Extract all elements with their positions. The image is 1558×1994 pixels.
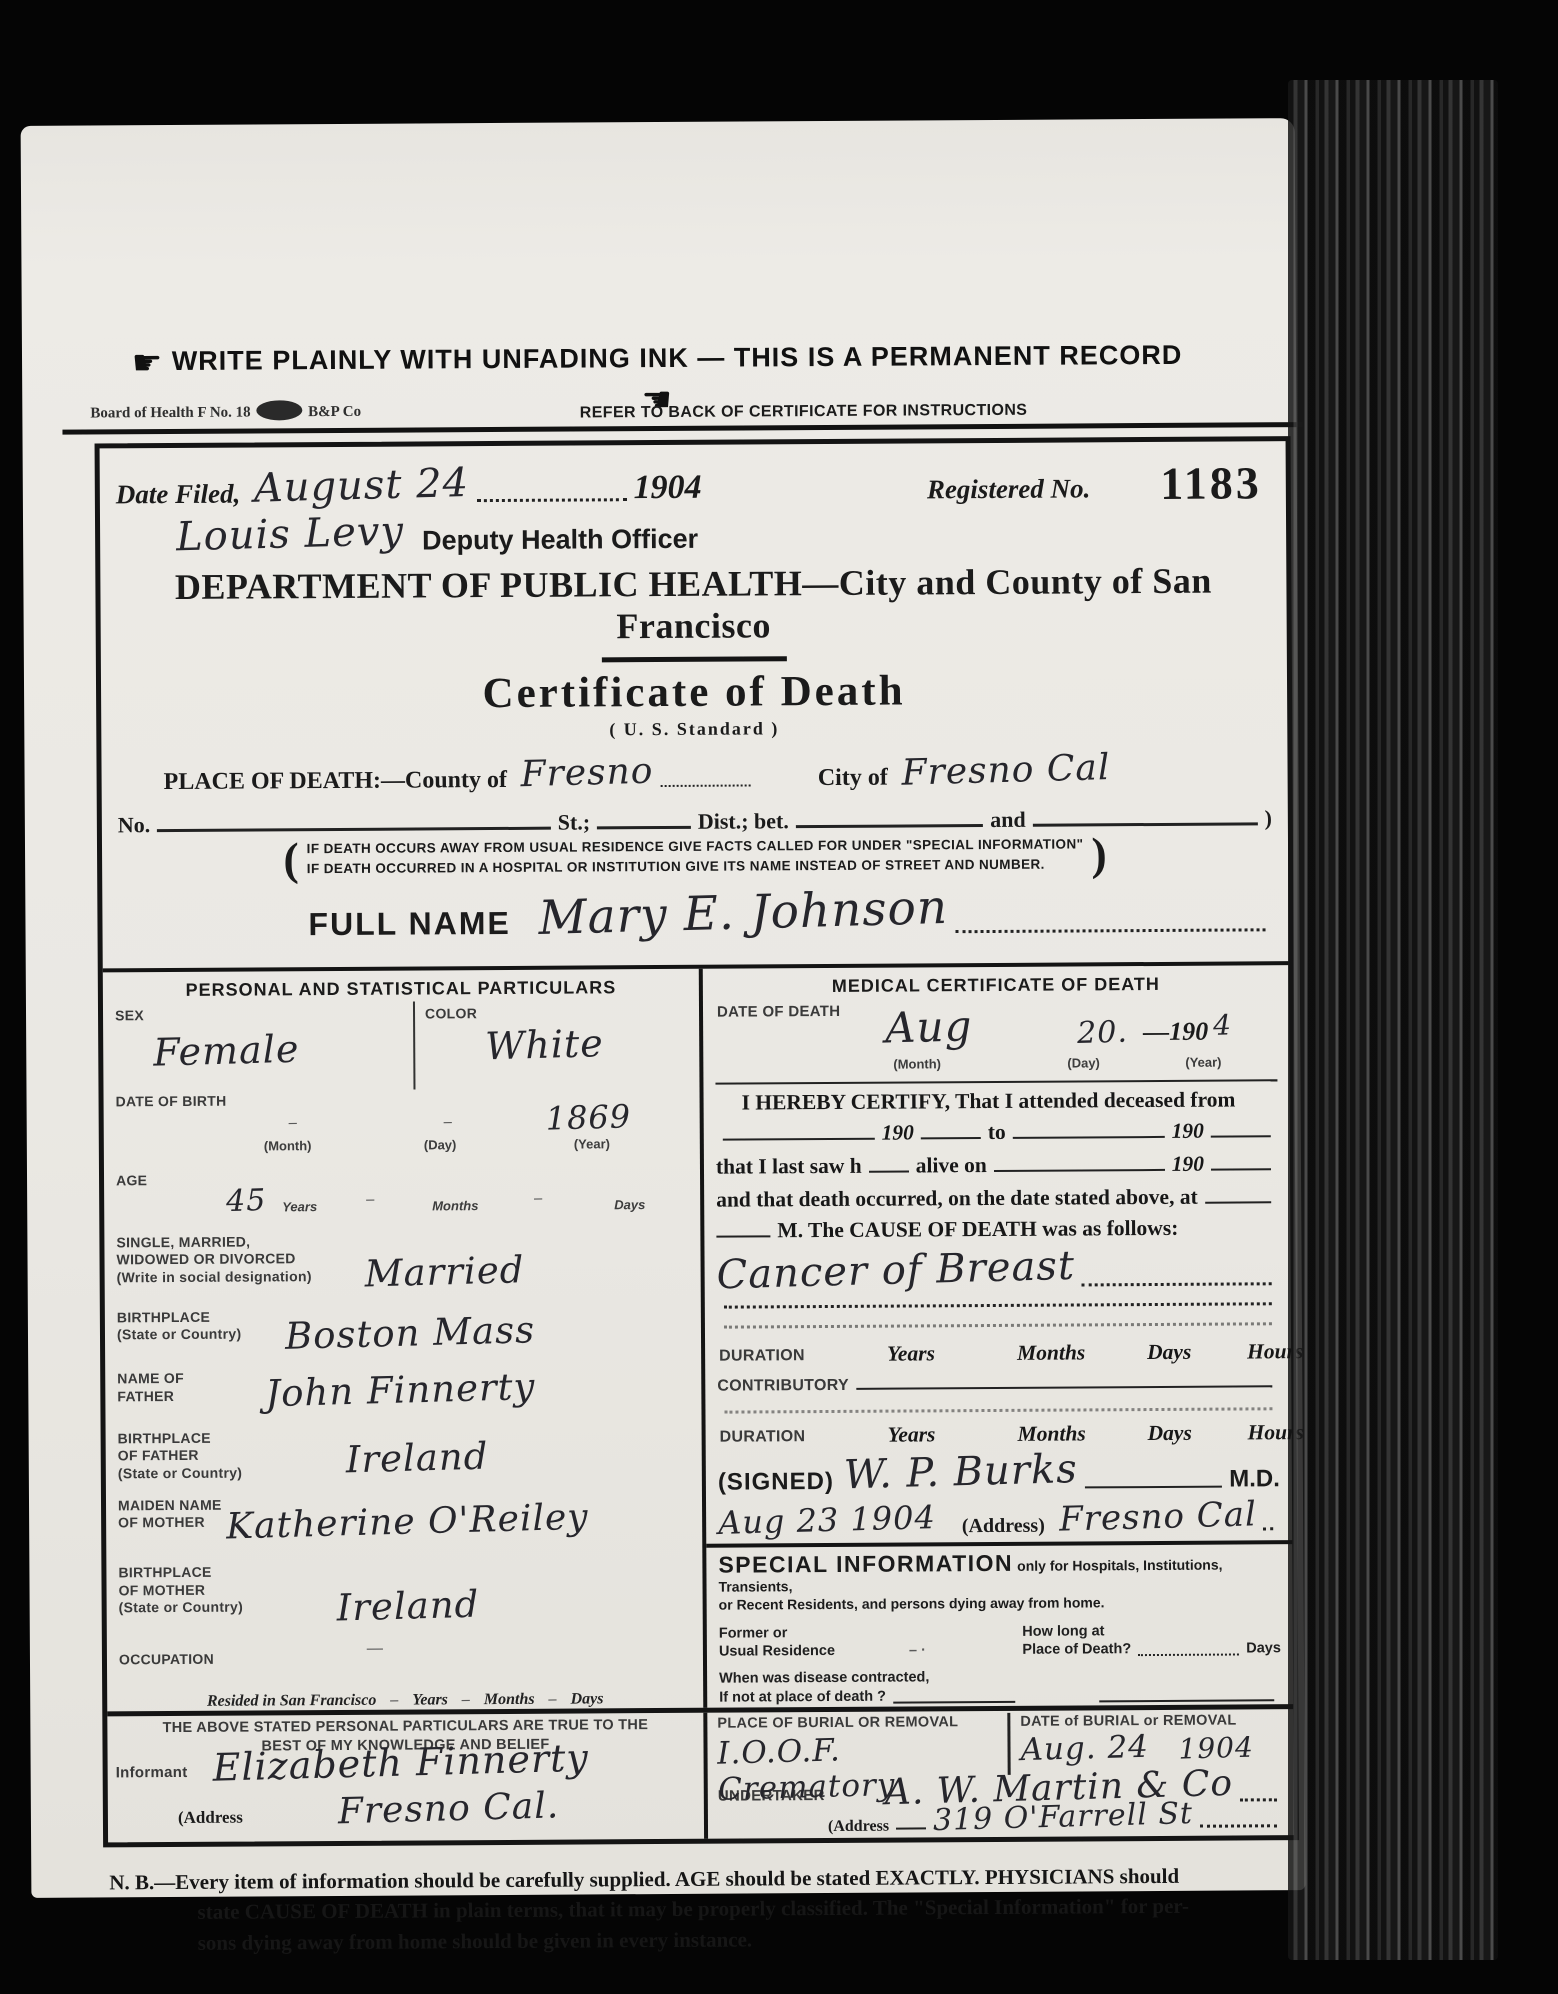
marital-row: SINGLE, MARRIED, WIDOWED OR DIVORCED (Wr… (114, 1227, 690, 1305)
full-name-value: Mary E. Johnson (538, 879, 949, 945)
marital-label2: WIDOWED OR DIVORCED (116, 1250, 295, 1267)
certificate-form: Date Filed, August 24 1904 Registered No… (95, 436, 1300, 1847)
undertaker-address-label: (Address (828, 1818, 889, 1836)
certify-fill3 (1013, 1136, 1165, 1139)
city-label: City of (818, 765, 888, 792)
resided-label: Resided in San Francisco (207, 1692, 376, 1711)
undertaker-fill (1240, 1798, 1277, 1801)
mother-label2: OF MOTHER (118, 1514, 205, 1531)
father-label2: FATHER (117, 1388, 174, 1404)
death-occurred-row: and that death occurred, on the date sta… (716, 1185, 1278, 1213)
date-filed-row: Date Filed, August 24 1904 Registered No… (116, 457, 1270, 510)
former-label1: Former or (719, 1625, 788, 1641)
note-paren-open: ( (283, 841, 299, 878)
book-page-edges (1288, 80, 1498, 1960)
occupation-row: OCCUPATION — (117, 1638, 693, 1690)
place-of-death-row: PLACE OF DEATH:—County of Fresno City of… (117, 748, 1271, 796)
resided-dash2: – (462, 1691, 470, 1709)
signed-md: M.D. (1229, 1466, 1280, 1494)
birthplace-label1: BIRTHPLACE (117, 1308, 210, 1325)
note-line2: IF DEATH OCCURRED IN A HOSPITAL OR INSTI… (307, 857, 1045, 877)
st-fill (597, 826, 691, 830)
father-label1: NAME OF (117, 1370, 184, 1386)
street-paren-close: ) (1264, 805, 1271, 831)
last-saw-190: 190 (1172, 1152, 1204, 1177)
certificate-title: Certificate of Death (117, 664, 1271, 720)
dod-month-value: Aug (884, 1001, 973, 1052)
full-name-label: FULL NAME (308, 904, 511, 942)
contributory-label: CONTRIBUTORY (717, 1376, 849, 1397)
dob-year-label: (Year) (574, 1137, 610, 1152)
special-rest2: or Recent Residents, and persons dying a… (719, 1593, 1281, 1614)
undertaker-address-value: 319 O'Farrell St (933, 1796, 1194, 1838)
plate-line: Board of Health F No. 18 B&P Co (90, 400, 361, 423)
dod-rule (715, 1080, 1277, 1085)
date-filed-label: Date Filed, (116, 479, 241, 511)
contributory-extra-fill (724, 1407, 1272, 1413)
registered-no-label: Registered No. (927, 473, 1091, 505)
date-filed-year: 1904 (633, 469, 701, 507)
note-line1: IF DEATH OCCURS AWAY FROM USUAL RESIDENC… (307, 836, 1084, 856)
father-bp-label3: (State or Country) (118, 1464, 243, 1481)
marital-label3: (Write in social designation) (117, 1268, 312, 1285)
birthplace-row: BIRTHPLACE (State or Country) Boston Mas… (115, 1302, 691, 1367)
top-rule (62, 422, 1302, 435)
signed-date-value: Aug 23 1904 (718, 1498, 937, 1542)
contracted-row: When was disease contracted, If not at p… (719, 1667, 1281, 1708)
note-paren-close: ) (1091, 836, 1107, 873)
signed-fill (1085, 1486, 1222, 1489)
residence-note: ( IF DEATH OCCURS AWAY FROM USUAL RESIDE… (118, 833, 1272, 881)
form-header: Date Filed, August 24 1904 Registered No… (100, 441, 1289, 968)
dod-month-label: (Month) (893, 1056, 941, 1071)
duration2-years: Years (888, 1422, 936, 1447)
age-dash1: – (366, 1191, 374, 1209)
mother-bp-label3: (State or Country) (119, 1599, 244, 1616)
dob-day-dash: – (444, 1114, 452, 1132)
color-value: White (485, 1021, 605, 1068)
dob-month-label: (Month) (264, 1139, 312, 1154)
form-bottom: THE ABOVE STATED PERSONAL PARTICULARS AR… (107, 1704, 1294, 1842)
father-bp-label2: OF FATHER (118, 1447, 199, 1463)
death-occurred-label: and that death occurred, on the date sta… (716, 1185, 1198, 1213)
dod-label: DATE OF DEATH (717, 1003, 840, 1023)
informant-section: THE ABOVE STATED PERSONAL PARTICULARS AR… (107, 1713, 708, 1843)
residence-howlong-row: Former or Usual Residence – · How long a… (719, 1621, 1281, 1662)
signed-address-fill (1264, 1527, 1274, 1530)
dod-day-value: 20. (1077, 1015, 1129, 1051)
dod-year-label: (Year) (1185, 1055, 1221, 1070)
contributory-extra (717, 1394, 1279, 1420)
birthplace-label2: (State or Country) (117, 1326, 242, 1343)
mother-label1: MAIDEN NAME (118, 1497, 222, 1514)
father-bp-value: Ireland (345, 1434, 489, 1481)
st-label: St.; (558, 809, 591, 835)
burial-date-year: 1904 (1178, 1731, 1254, 1766)
resided-days: Days (571, 1690, 604, 1708)
dist-label: Dist.; bet. (698, 808, 789, 835)
duration2-label: DURATION (720, 1427, 806, 1448)
contracted-fill2 (1099, 1699, 1274, 1702)
cause-value-row: Cancer of Breast (716, 1243, 1278, 1295)
resided-dash1: – (390, 1692, 398, 1710)
certify-fill1 (723, 1138, 875, 1141)
informant-value: Elizabeth Finnerty (212, 1736, 589, 1790)
resided-months: Months (484, 1691, 535, 1709)
and-label: and (990, 807, 1026, 833)
dob-month-dash: – (289, 1115, 297, 1133)
personal-column: PERSONAL AND STATISTICAL PARTICULARS SEX… (103, 969, 708, 1712)
contracted-fill1 (893, 1701, 1015, 1704)
certify-fill2 (921, 1137, 981, 1139)
undertaker-address-fill1 (896, 1827, 926, 1829)
cause-extra-line2 (717, 1311, 1279, 1335)
place-of-death-label: PLACE OF DEATH:—County of (164, 767, 508, 796)
howlong-label1: How long at (1022, 1623, 1104, 1640)
mother-row: MAIDEN NAME OF MOTHER Katherine O'Reiley (116, 1490, 692, 1561)
duration2-days: Days (1148, 1420, 1192, 1445)
contracted-label1: When was disease contracted, (719, 1670, 929, 1687)
plate-right: B&P Co (308, 404, 361, 420)
duration-days: Days (1147, 1340, 1191, 1365)
former-dash: – · (909, 1643, 926, 1659)
marital-value: Married (364, 1248, 525, 1295)
certify-fill4 (1211, 1136, 1271, 1138)
footnote-line3: sons dying away from home should be give… (198, 1921, 1280, 1958)
father-row: NAME OF FATHER John Finnerty (115, 1363, 691, 1426)
dod-day-label: (Day) (1067, 1055, 1100, 1070)
howlong-label2: Place of Death? (1022, 1641, 1131, 1661)
age-row: AGE 45 Years – Months – Days (114, 1167, 690, 1230)
refer-line: REFER TO BACK OF CERTIFICATE FOR INSTRUC… (567, 402, 1027, 423)
special-title: SPECIAL INFORMATION (718, 1550, 1013, 1578)
alive-on-label: alive on (916, 1153, 987, 1178)
dob-label: DATE OF BIRTH (116, 1093, 227, 1111)
dod-year-prefix: —190 (1143, 1017, 1208, 1047)
sex-label: SEX (115, 1007, 144, 1025)
county-fill (661, 784, 751, 787)
age-months-label: Months (432, 1198, 478, 1213)
certificate-paper: ☛ WRITE PLAINLY WITH UNFADING INK — THIS… (21, 118, 1306, 1898)
dob-day-label: (Day) (424, 1138, 457, 1153)
cause-heading-row: M. The CAUSE OF DEATH was as follows: (716, 1216, 1278, 1244)
officer-signature: Louis Levy (176, 508, 405, 560)
occupation-dash: — (367, 1640, 383, 1658)
age-label: AGE (116, 1172, 147, 1190)
father-bp-label1: BIRTHPLACE (118, 1429, 211, 1446)
signed-address-label: (Address) (962, 1515, 1045, 1539)
duration2-row: DURATION Years Months Days Hours (718, 1420, 1280, 1451)
burial-date-value: Aug. 24 (1020, 1729, 1149, 1768)
death-occurred-fill (1205, 1202, 1271, 1204)
printer-stamp-icon (256, 400, 302, 420)
last-saw-fill3 (1211, 1169, 1271, 1171)
father-value: John Finnerty (265, 1365, 536, 1415)
resided-dash3: – (549, 1691, 557, 1709)
contracted-label2: If not at place of death ? (719, 1688, 886, 1708)
duration-row: DURATION Years Months Days Hours (717, 1340, 1279, 1371)
form-columns: PERSONAL AND STATISTICAL PARTICULARS SEX… (103, 961, 1294, 1711)
duration-label: DURATION (719, 1347, 805, 1368)
plate-mid: F No. 18 (197, 405, 250, 421)
undertaker-address-fill2 (1200, 1824, 1277, 1827)
pointing-hand-right-icon: ☛ (132, 343, 164, 383)
cause-extra-fill1 (724, 1302, 1272, 1308)
howlong-days: Days (1246, 1640, 1281, 1659)
cause-extra-fill2 (724, 1323, 1272, 1329)
mother-bp-label1: BIRTHPLACE (118, 1564, 211, 1581)
attest-line1: THE ABOVE STATED PERSONAL PARTICULARS AR… (163, 1717, 649, 1736)
undertaker-address-row: (Address 319 O'Farrell St (718, 1807, 1284, 1836)
marital-label1: SINGLE, MARRIED, (116, 1233, 250, 1250)
cause-m-fill (716, 1236, 770, 1238)
burial-date-label: DATE of BURIAL or REMOVAL (1020, 1713, 1236, 1730)
certify-line: I HEREBY CERTIFY, That I attended deceas… (716, 1088, 1278, 1116)
dist-fill (796, 824, 983, 828)
certify-to: to (988, 1120, 1006, 1145)
duration-months: Months (1017, 1341, 1085, 1366)
cause-m-label: M. The CAUSE OF DEATH was as follows: (777, 1216, 1178, 1243)
certificate-subtitle: ( U. S. Standard ) (117, 715, 1271, 743)
sex-value: Female (153, 1027, 300, 1075)
mother-bp-value: Ireland (336, 1583, 480, 1630)
mother-birthplace-row: BIRTHPLACE OF MOTHER (State or Country) … (116, 1557, 692, 1641)
informant-address-value: Fresno Cal. (337, 1785, 559, 1832)
dob-row: DATE OF BIRTH – (Month) – (Day) 1869 (Ye… (114, 1088, 690, 1170)
age-years-label: Years (282, 1199, 317, 1214)
date-filed-fill (477, 498, 627, 502)
burial-place-label: PLACE OF BURIAL OR REMOVAL (717, 1714, 958, 1731)
age-dash2: – (534, 1190, 542, 1208)
certify-190a: 190 (881, 1121, 913, 1146)
no-label: No. (118, 812, 151, 838)
medical-title: MEDICAL CERTIFICATE OF DEATH (715, 973, 1277, 997)
mother-value: Katherine O'Reiley (226, 1497, 589, 1548)
signed-label: (SIGNED) (718, 1468, 834, 1497)
age-days-label: Days (614, 1197, 645, 1212)
county-value: Fresno (520, 751, 654, 796)
sex-color-row: SEX Female COLOR White (113, 1000, 690, 1092)
registered-no-value: 1183 (1160, 462, 1262, 504)
last-saw-fill1 (869, 1171, 909, 1173)
full-name-row: FULL NAME Mary E. Johnson (118, 882, 1272, 944)
medical-column: MEDICAL CERTIFICATE OF DEATH DATE OF DEA… (703, 965, 1294, 1708)
father-birthplace-row: BIRTHPLACE OF FATHER (State or Country) … (116, 1423, 692, 1494)
birthplace-value: Boston Mass (284, 1308, 535, 1358)
last-saw-label: that I last saw h (716, 1154, 862, 1180)
mother-bp-label2: OF MOTHER (118, 1582, 205, 1599)
howlong-fill (1138, 1654, 1239, 1657)
last-saw-fill2 (994, 1169, 1165, 1172)
contributory-fill (856, 1386, 1272, 1391)
signed-date-row: Aug 23 1904 (Address) Fresno Cal (718, 1494, 1280, 1540)
personal-title: PERSONAL AND STATISTICAL PARTICULARS (113, 977, 689, 1002)
special-title-row: SPECIAL INFORMATION only for Hospitals, … (718, 1548, 1280, 1596)
cause-value: Cancer of Breast (716, 1242, 1075, 1298)
certify-190b: 190 (1171, 1119, 1203, 1144)
plate-left: Board of Health (90, 405, 193, 422)
informant-label: Informant (116, 1764, 188, 1783)
dod-year-value: 4 (1213, 1008, 1233, 1041)
certify-dates-row: 190 to 190 (716, 1119, 1278, 1147)
officer-title: Deputy Health Officer (422, 524, 698, 557)
signed-row: (SIGNED) W. P. Burks M.D. (718, 1448, 1280, 1497)
city-value: Fresno Cal (901, 747, 1111, 794)
occupation-label: OCCUPATION (119, 1651, 214, 1669)
banner-text: WRITE PLAINLY WITH UNFADING INK — THIS I… (172, 340, 1183, 376)
no-fill (157, 827, 550, 832)
department-title: DEPARTMENT OF PUBLIC HEALTH—City and Cou… (116, 559, 1270, 650)
full-name-fill (955, 928, 1265, 933)
resided-years: Years (412, 1691, 448, 1709)
duration-years: Years (887, 1342, 935, 1367)
and-fill (1033, 822, 1258, 826)
signed-address-value: Fresno Cal (1058, 1494, 1257, 1539)
informant-address-label: (Address (178, 1808, 243, 1828)
burial-section: PLACE OF BURIAL OR REMOVAL I.O.O.F. Crem… (707, 1709, 1294, 1839)
age-years-value: 45 (226, 1183, 267, 1219)
dob-year-value: 1869 (545, 1098, 631, 1138)
last-saw-row: that I last saw h alive on 190 (716, 1152, 1278, 1180)
cause-fill (1082, 1282, 1272, 1286)
former-label2: Usual Residence (719, 1643, 835, 1660)
color-label: COLOR (425, 1005, 477, 1023)
footnote: N. B.—Every item of information should b… (109, 1860, 1280, 1958)
officer-row: Louis Levy Deputy Health Officer (176, 505, 1270, 558)
date-filed-value: August 24 (254, 460, 470, 512)
dod-row: DATE OF DEATH Aug (Month) 20. (Day) —190… (715, 996, 1278, 1085)
title-divider (601, 656, 786, 662)
special-info-section: SPECIAL INFORMATION only for Hospitals, … (706, 1540, 1293, 1707)
duration2-months: Months (1018, 1421, 1086, 1446)
signed-value: W. P. Burks (843, 1446, 1078, 1498)
